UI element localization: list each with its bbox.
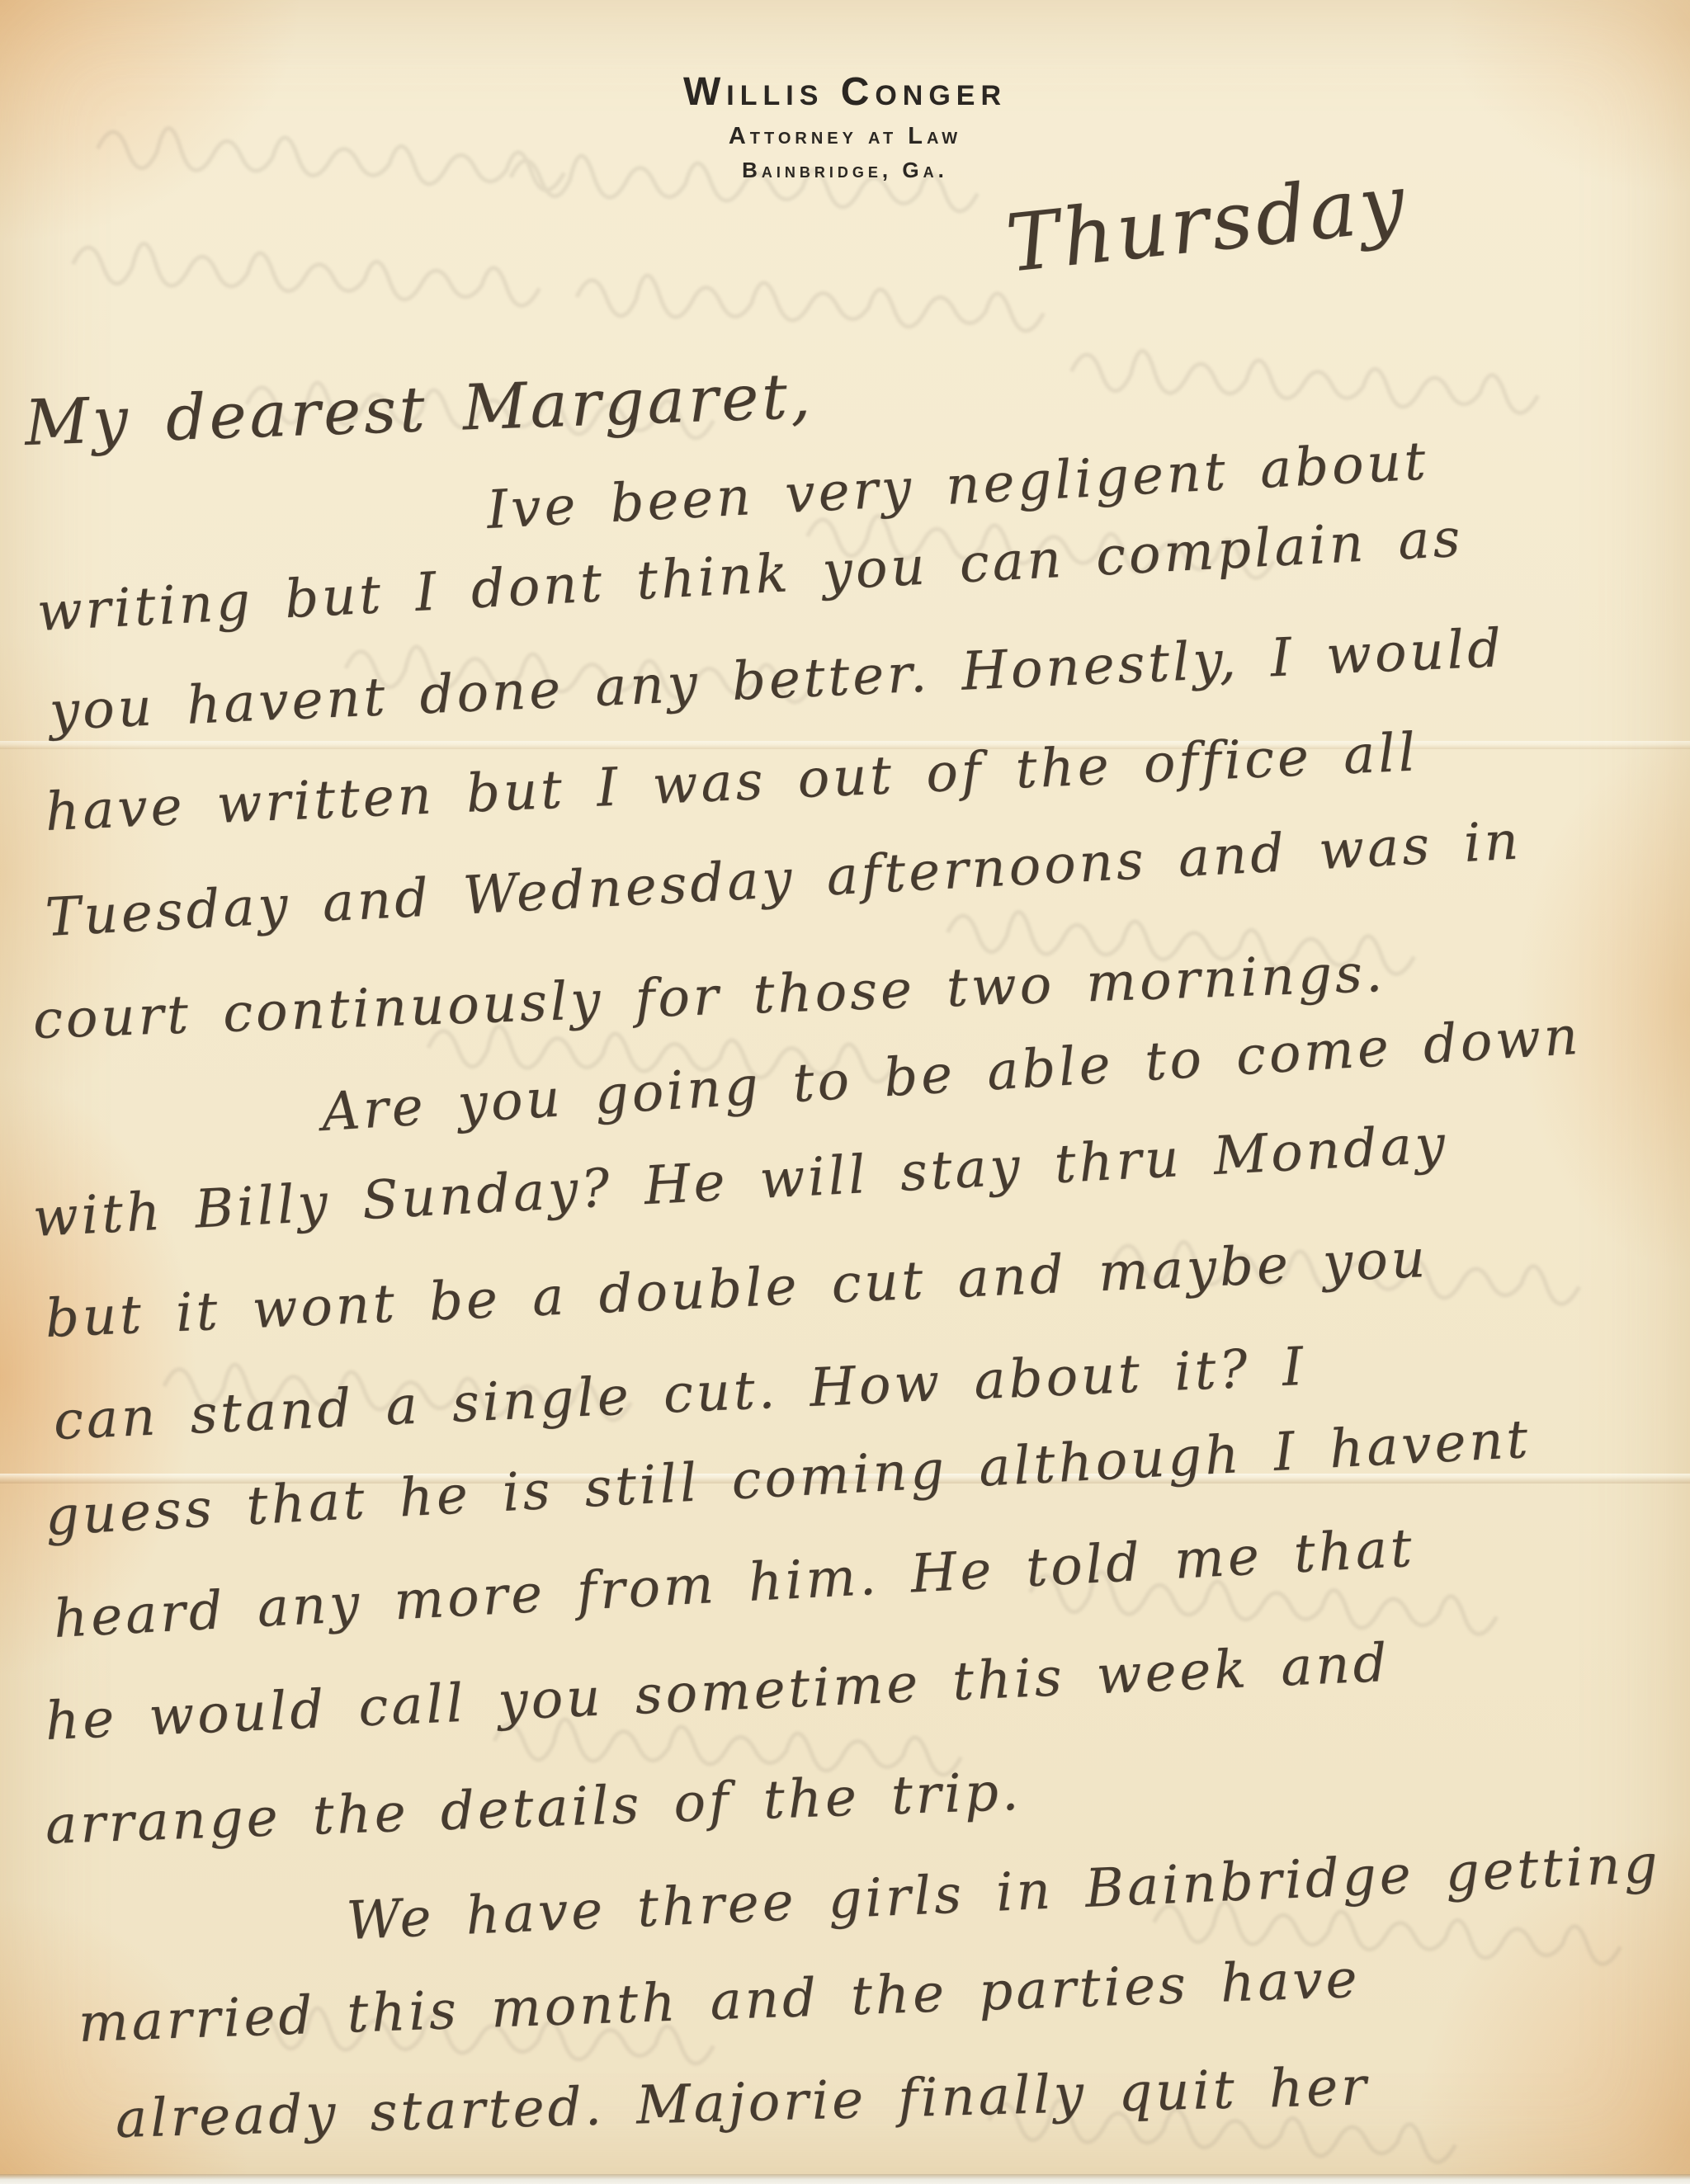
letterhead-title: Attorney at Law [0, 123, 1690, 150]
letterhead-name: Willis Conger [0, 69, 1690, 115]
letter-scan: Willis Conger Attorney at Law Bainbridge… [0, 0, 1690, 2184]
scan-edge [0, 2174, 1690, 2184]
letterhead-location: Bainbridge, Ga. [0, 158, 1690, 183]
letterhead: Willis Conger Attorney at Law Bainbridge… [0, 69, 1690, 183]
